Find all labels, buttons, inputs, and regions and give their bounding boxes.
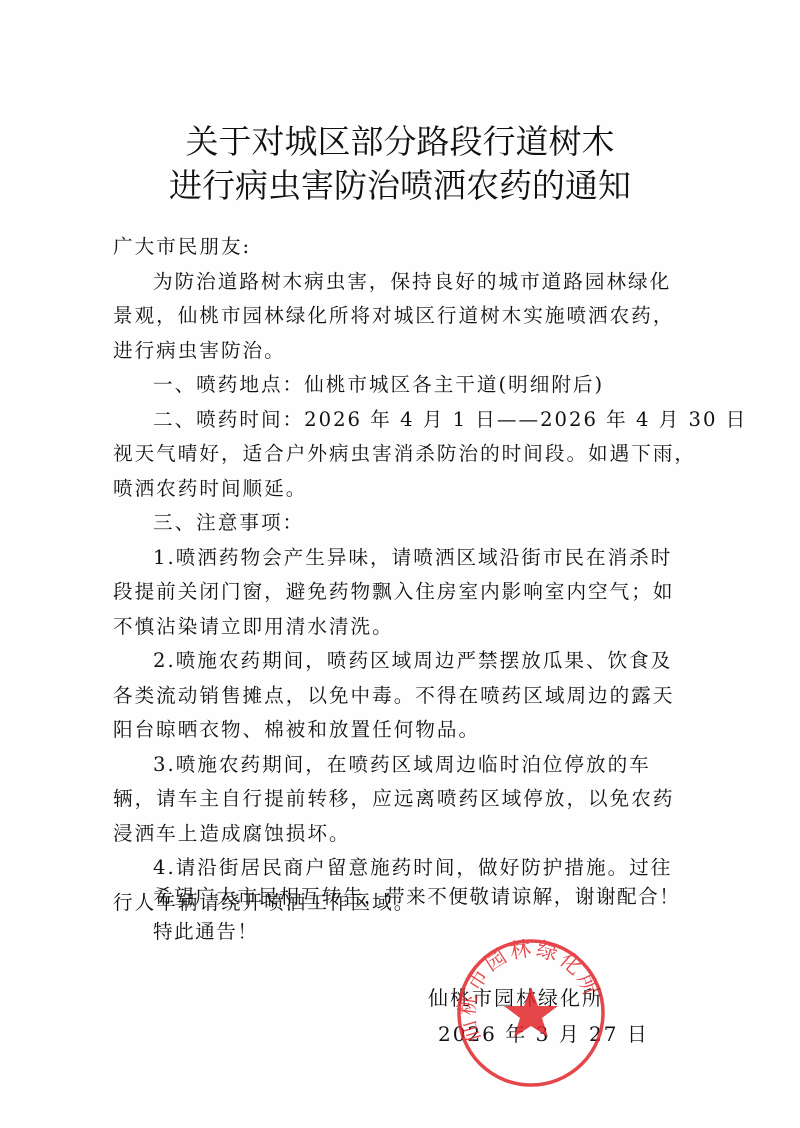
text-line: 喷洒农药时间顺延。	[113, 472, 688, 507]
text-line: 视天气晴好，适合户外病虫害消杀防治的时间段。如遇下雨，	[113, 437, 688, 472]
note-item-2: 2.喷施农药期间，喷药区域周边严禁摆放瓜果、饮食及 各类流动销售摊点，以免中毒。…	[113, 644, 688, 748]
document-page: 关于对城区部分路段行道树木 进行病虫害防治喷洒农药的通知 广大市民朋友: 为防治…	[0, 0, 800, 1128]
text-line: 3.喷施农药期间，在喷药区域周边临时泊位停放的车	[113, 748, 688, 783]
section-location: 一、喷药地点：仙桃市城区各主干道(明细附后)	[113, 368, 688, 403]
note-item-1: 1.喷洒药物会产生异味，请喷洒区域沿街市民在消杀时 段提前关闭门窗，避免药物飘入…	[113, 541, 688, 645]
text-line: 各类流动销售摊点，以免中毒。不得在喷药区域周边的露天	[113, 679, 688, 714]
title-line-2: 进行病虫害防治喷洒农药的通知	[0, 164, 800, 208]
text-line: 不慎沾染请立即用清水清洗。	[113, 610, 688, 645]
text-line: 景观，仙桃市园林绿化所将对城区行道树木实施喷洒农药，	[113, 299, 688, 334]
text-line: 二、喷药时间：2026 年 4 月 1 日——2026 年 4 月 30 日	[113, 403, 688, 438]
text-line: 阳台晾晒衣物、棉被和放置任何物品。	[113, 713, 688, 748]
text-line: 2.喷施农药期间，喷药区域周边严禁摆放瓜果、饮食及	[113, 644, 688, 679]
text-line: 1.喷洒药物会产生异味，请喷洒区域沿街市民在消杀时	[113, 541, 688, 576]
text-line: 为防治道路树木病虫害，保持良好的城市道路园林绿化	[113, 265, 688, 300]
section-time: 二、喷药时间：2026 年 4 月 1 日——2026 年 4 月 30 日 视…	[113, 403, 688, 507]
note-item-3: 3.喷施农药期间，在喷药区域周边临时泊位停放的车 辆，请车主自行提前转移，应远离…	[113, 748, 688, 852]
document-title: 关于对城区部分路段行道树木 进行病虫害防治喷洒农药的通知	[0, 120, 800, 208]
section-notes-heading: 三、注意事项：	[113, 506, 688, 541]
salutation: 广大市民朋友:	[113, 230, 688, 265]
seal-star-icon	[504, 987, 558, 1037]
document-body: 广大市民朋友: 为防治道路树木病虫害，保持良好的城市道路园林绿化 景观，仙桃市园…	[113, 230, 688, 920]
text-line: 浸洒车上造成腐蚀损坏。	[113, 817, 688, 852]
text-line: 辆，请车主自行提前转移，应远离喷药区域停放，以免农药	[113, 782, 688, 817]
official-seal-stamp-icon: 仙桃市园林绿化所	[455, 937, 607, 1089]
title-line-1: 关于对城区部分路段行道树木	[0, 120, 800, 164]
closing-line: 希望广大市民相互转告，带来不便敬请谅解，谢谢配合！	[153, 880, 680, 915]
text-line: 进行病虫害防治。	[113, 334, 688, 369]
text-line: 段提前关闭门窗，避免药物飘入住房室内影响室内空气；如	[113, 575, 688, 610]
intro-paragraph: 为防治道路树木病虫害，保持良好的城市道路园林绿化 景观，仙桃市园林绿化所将对城区…	[113, 265, 688, 369]
